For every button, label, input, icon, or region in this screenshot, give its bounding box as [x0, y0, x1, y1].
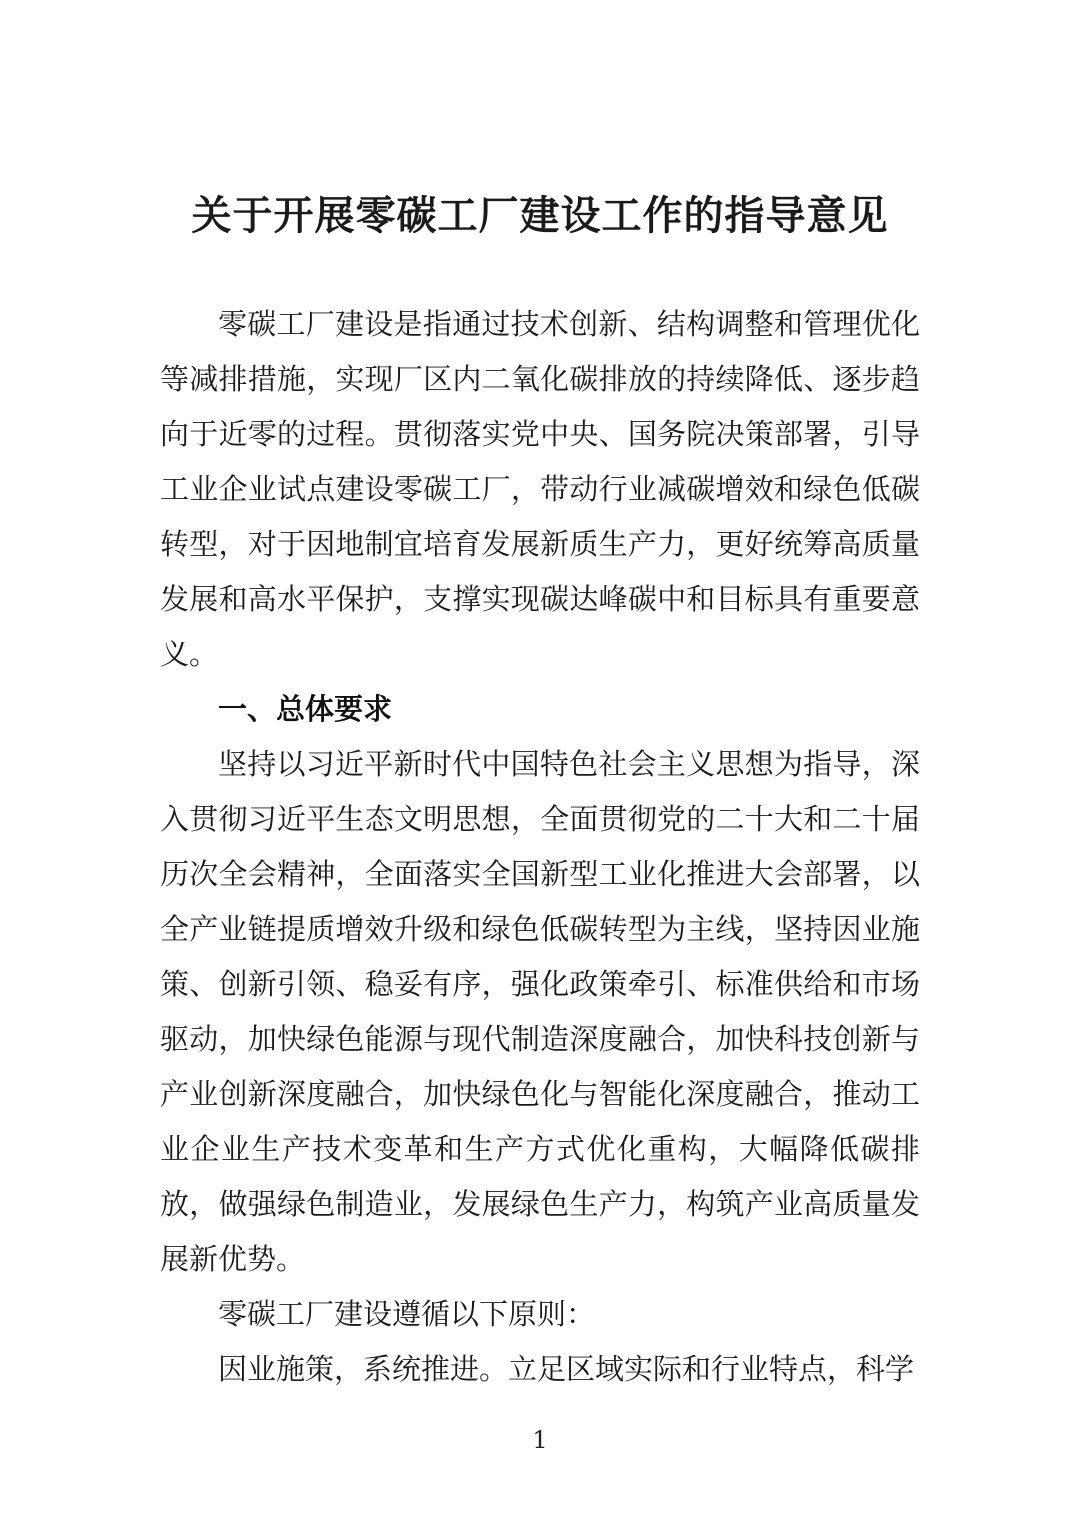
- body-paragraph: 零碳工厂建设遵循以下原则：: [160, 1287, 920, 1342]
- body-paragraph: 坚持以习近平新时代中国特色社会主义思想为指导，深入贯彻习近平生态文明思想，全面贯…: [160, 737, 920, 1287]
- document-body: 零碳工厂建设是指通过技术创新、结构调整和管理优化等减排措施，实现厂区内二氧化碳排…: [160, 297, 920, 1397]
- body-paragraph: 因业施策，系统推进。立足区域实际和行业特点，科学: [160, 1342, 920, 1397]
- page-number: 1: [0, 1422, 1080, 1458]
- document-title: 关于开展零碳工厂建设工作的指导意见: [0, 186, 1080, 246]
- section-heading: 一、总体要求: [160, 682, 920, 737]
- document-page: 关于开展零碳工厂建设工作的指导意见 零碳工厂建设是指通过技术创新、结构调整和管理…: [0, 0, 1080, 1527]
- body-paragraph: 零碳工厂建设是指通过技术创新、结构调整和管理优化等减排措施，实现厂区内二氧化碳排…: [160, 297, 920, 682]
